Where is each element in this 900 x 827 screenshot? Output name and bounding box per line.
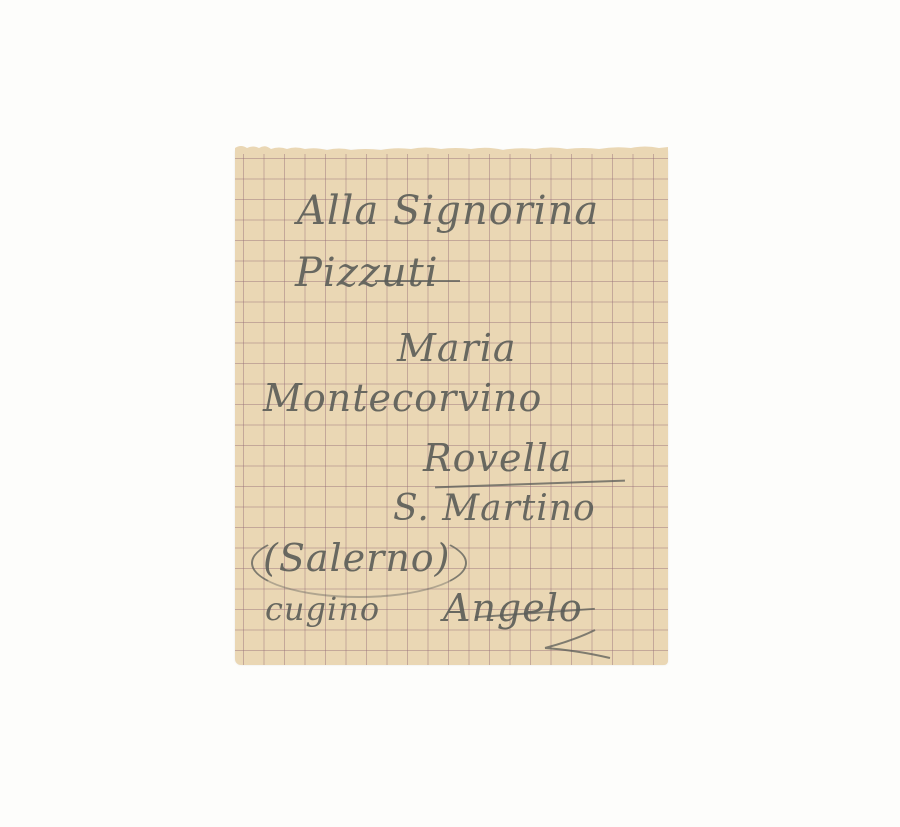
surname-line: Pizzuti: [295, 250, 438, 296]
salutation-line: Alla Signorina: [297, 188, 599, 234]
locality-line: S. Martino: [393, 488, 596, 529]
town-suffix-line: Rovella: [423, 436, 572, 480]
first-name-line: Maria: [397, 326, 517, 370]
handwritten-note: Alla Signorina Pizzuti Maria Montecorvin…: [235, 150, 668, 665]
torn-edge: [235, 144, 668, 154]
province-line: (Salerno): [263, 536, 451, 580]
town-line: Montecorvino: [263, 376, 542, 420]
surname-underline: [375, 280, 460, 282]
signature-flourish: [535, 620, 625, 660]
relation-line: cugino: [265, 590, 380, 628]
